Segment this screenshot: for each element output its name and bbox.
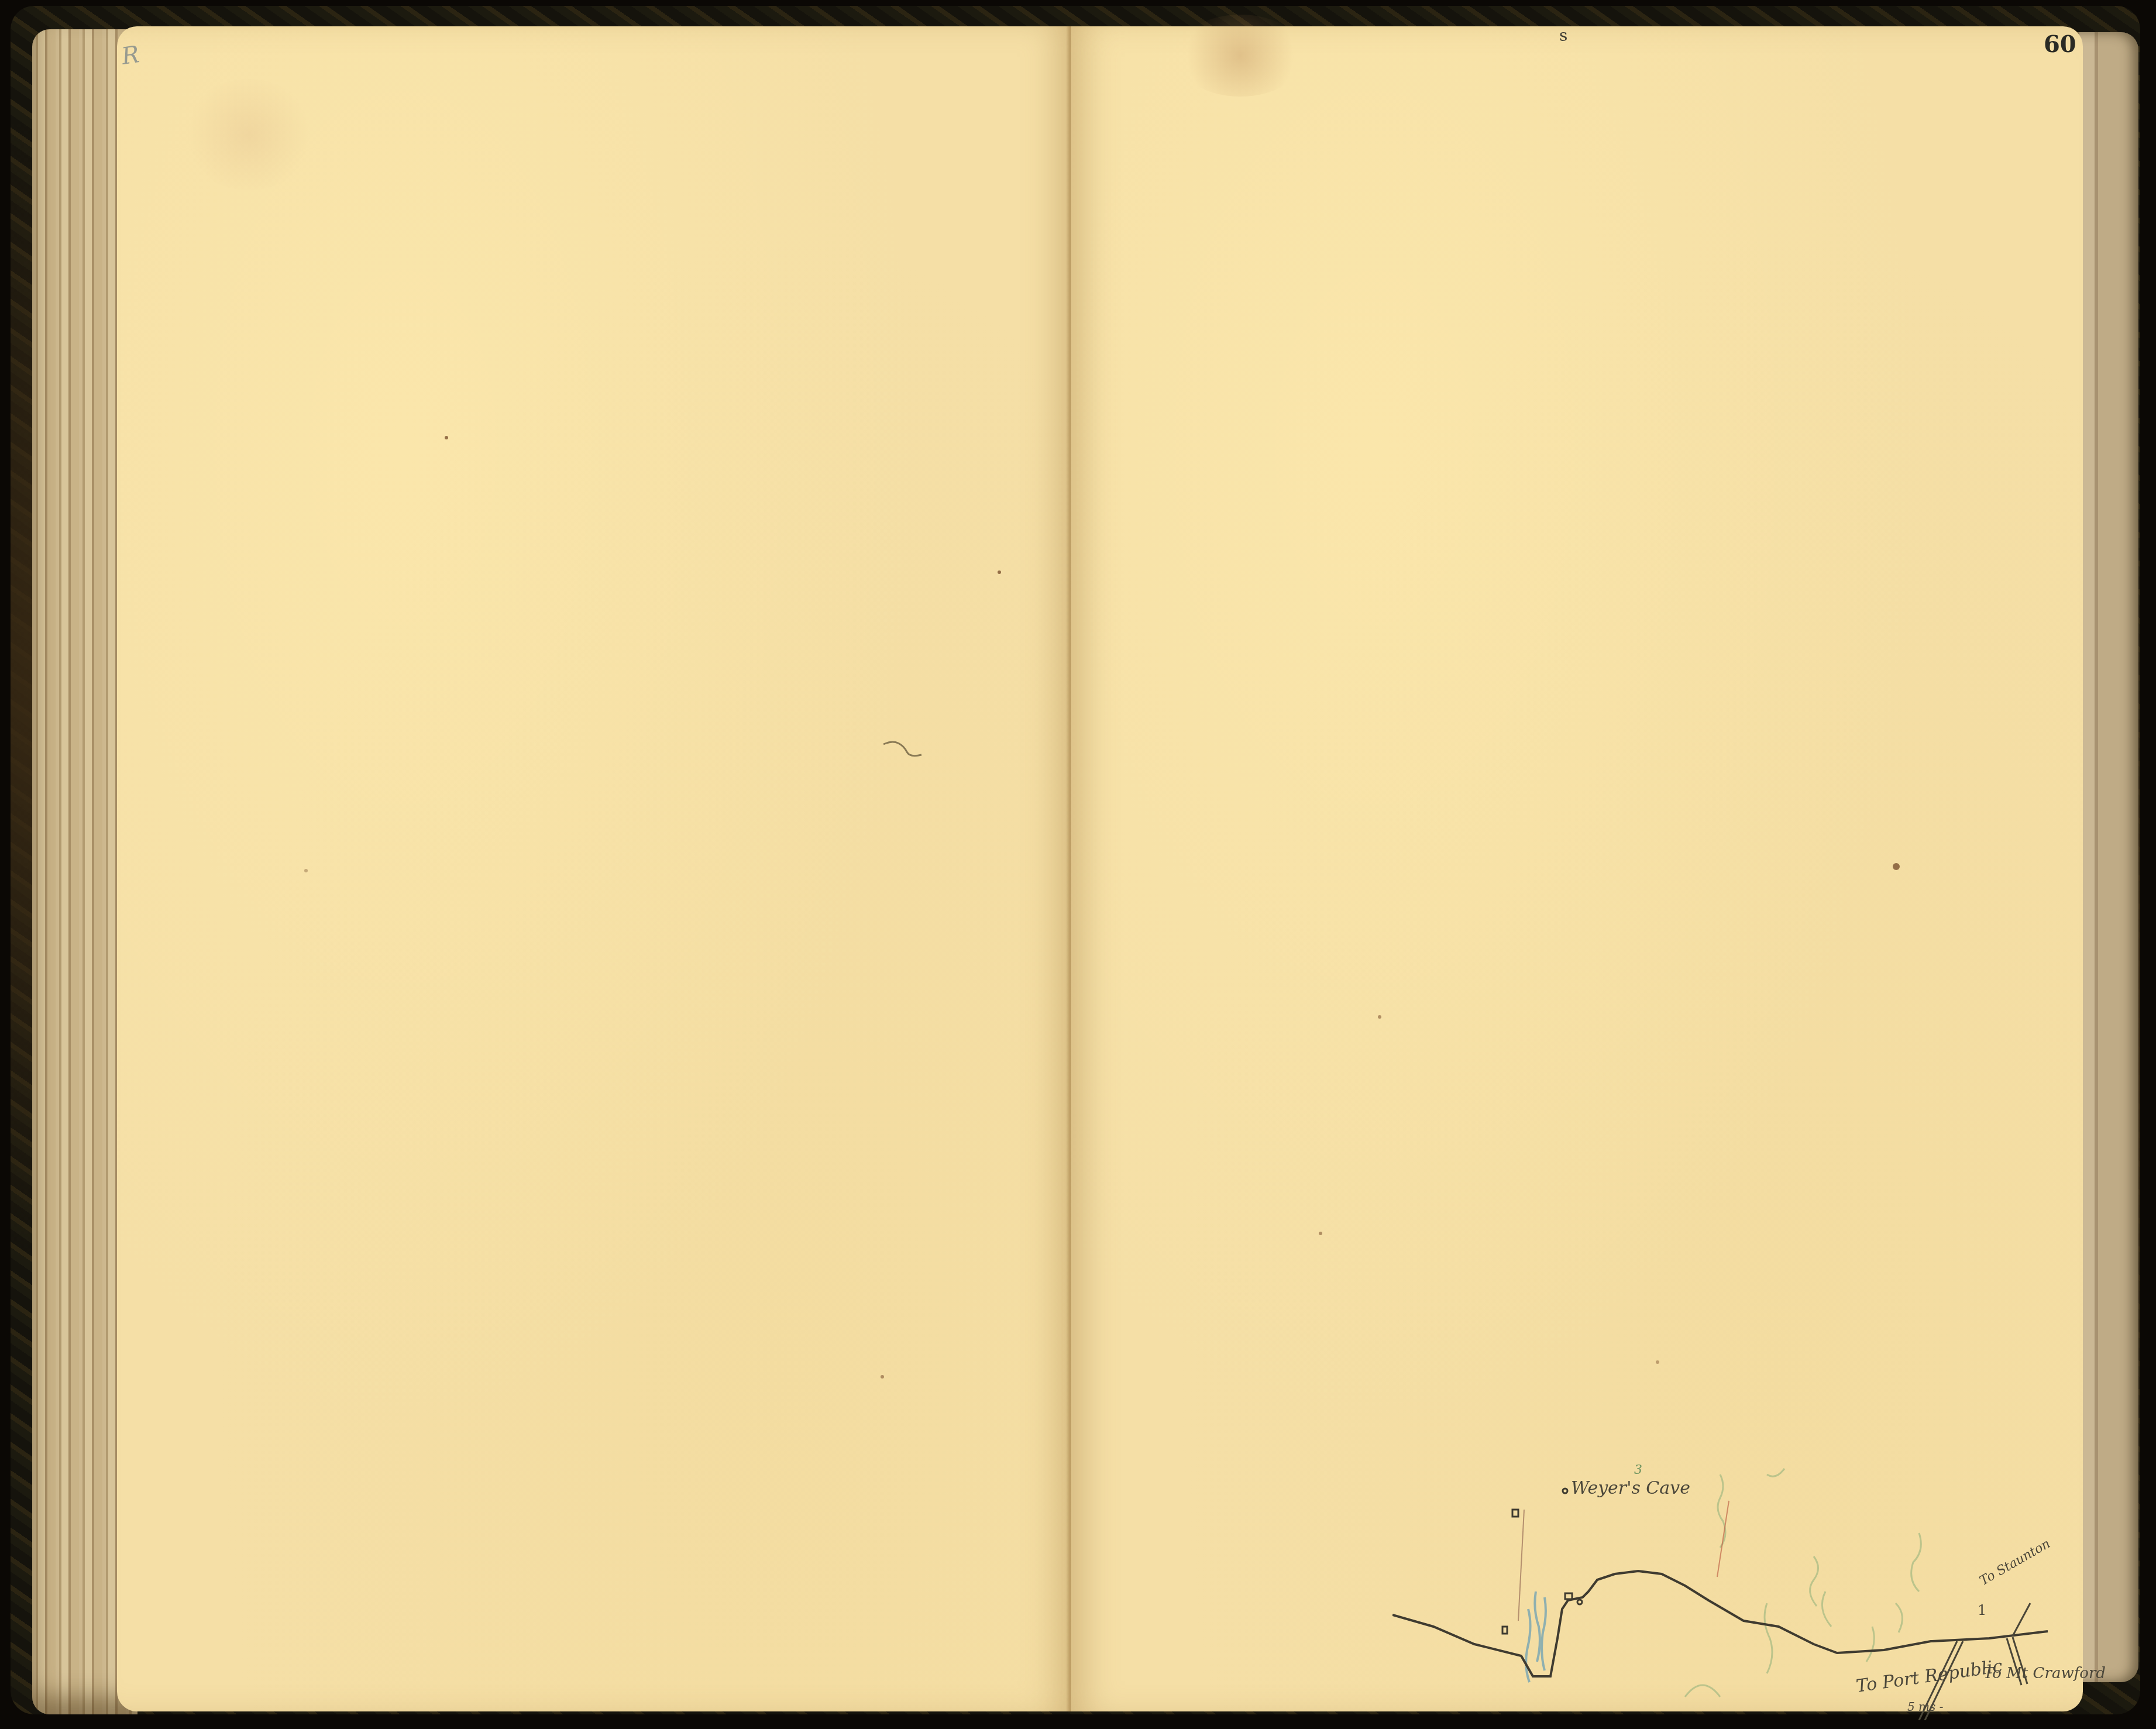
map-marker-square: [1512, 1510, 1518, 1517]
foxing-stain: [181, 79, 316, 190]
ink-speck: [881, 1375, 884, 1379]
page-number: 60: [2044, 30, 2076, 58]
main-road: [1392, 1571, 2048, 1676]
pencil-map-sketch: Weyer's Cave 3 1 To Staunton To Port Rep…: [1392, 1451, 2095, 1720]
left-page: [117, 26, 1071, 1711]
ink-speck: [1893, 863, 1900, 870]
ink-speck: [1378, 1015, 1381, 1019]
stray-pencil-squiggle: [881, 737, 927, 761]
map-label-weyers-cave: Weyer's Cave: [1571, 1478, 1690, 1498]
map-label-marker-1: 1: [1978, 1602, 1986, 1618]
map-label-to-mt-crawford: To Mt Crawford: [1983, 1665, 2106, 1682]
map-label-marker-3: 3: [1634, 1463, 1642, 1477]
terrain-hachures: [1685, 1469, 1921, 1697]
map-marker-square: [1565, 1593, 1572, 1599]
ink-speck: [445, 436, 448, 439]
map-marker-circle: [1577, 1600, 1582, 1604]
foxing-stain: [1176, 15, 1305, 97]
map-label-port-republic-distance: 5 ms -: [1907, 1700, 1943, 1714]
ink-speck: [1656, 1360, 1659, 1364]
road-to-staunton: [2013, 1603, 2030, 1636]
map-marker-square: [1502, 1627, 1507, 1634]
ink-speck: [998, 570, 1001, 574]
signature-mark: s: [1559, 26, 1567, 45]
weyers-cave-point: [1563, 1489, 1567, 1493]
ink-speck: [1319, 1232, 1322, 1235]
page-corner-mark: R: [120, 41, 141, 70]
ink-speck: [304, 869, 308, 872]
